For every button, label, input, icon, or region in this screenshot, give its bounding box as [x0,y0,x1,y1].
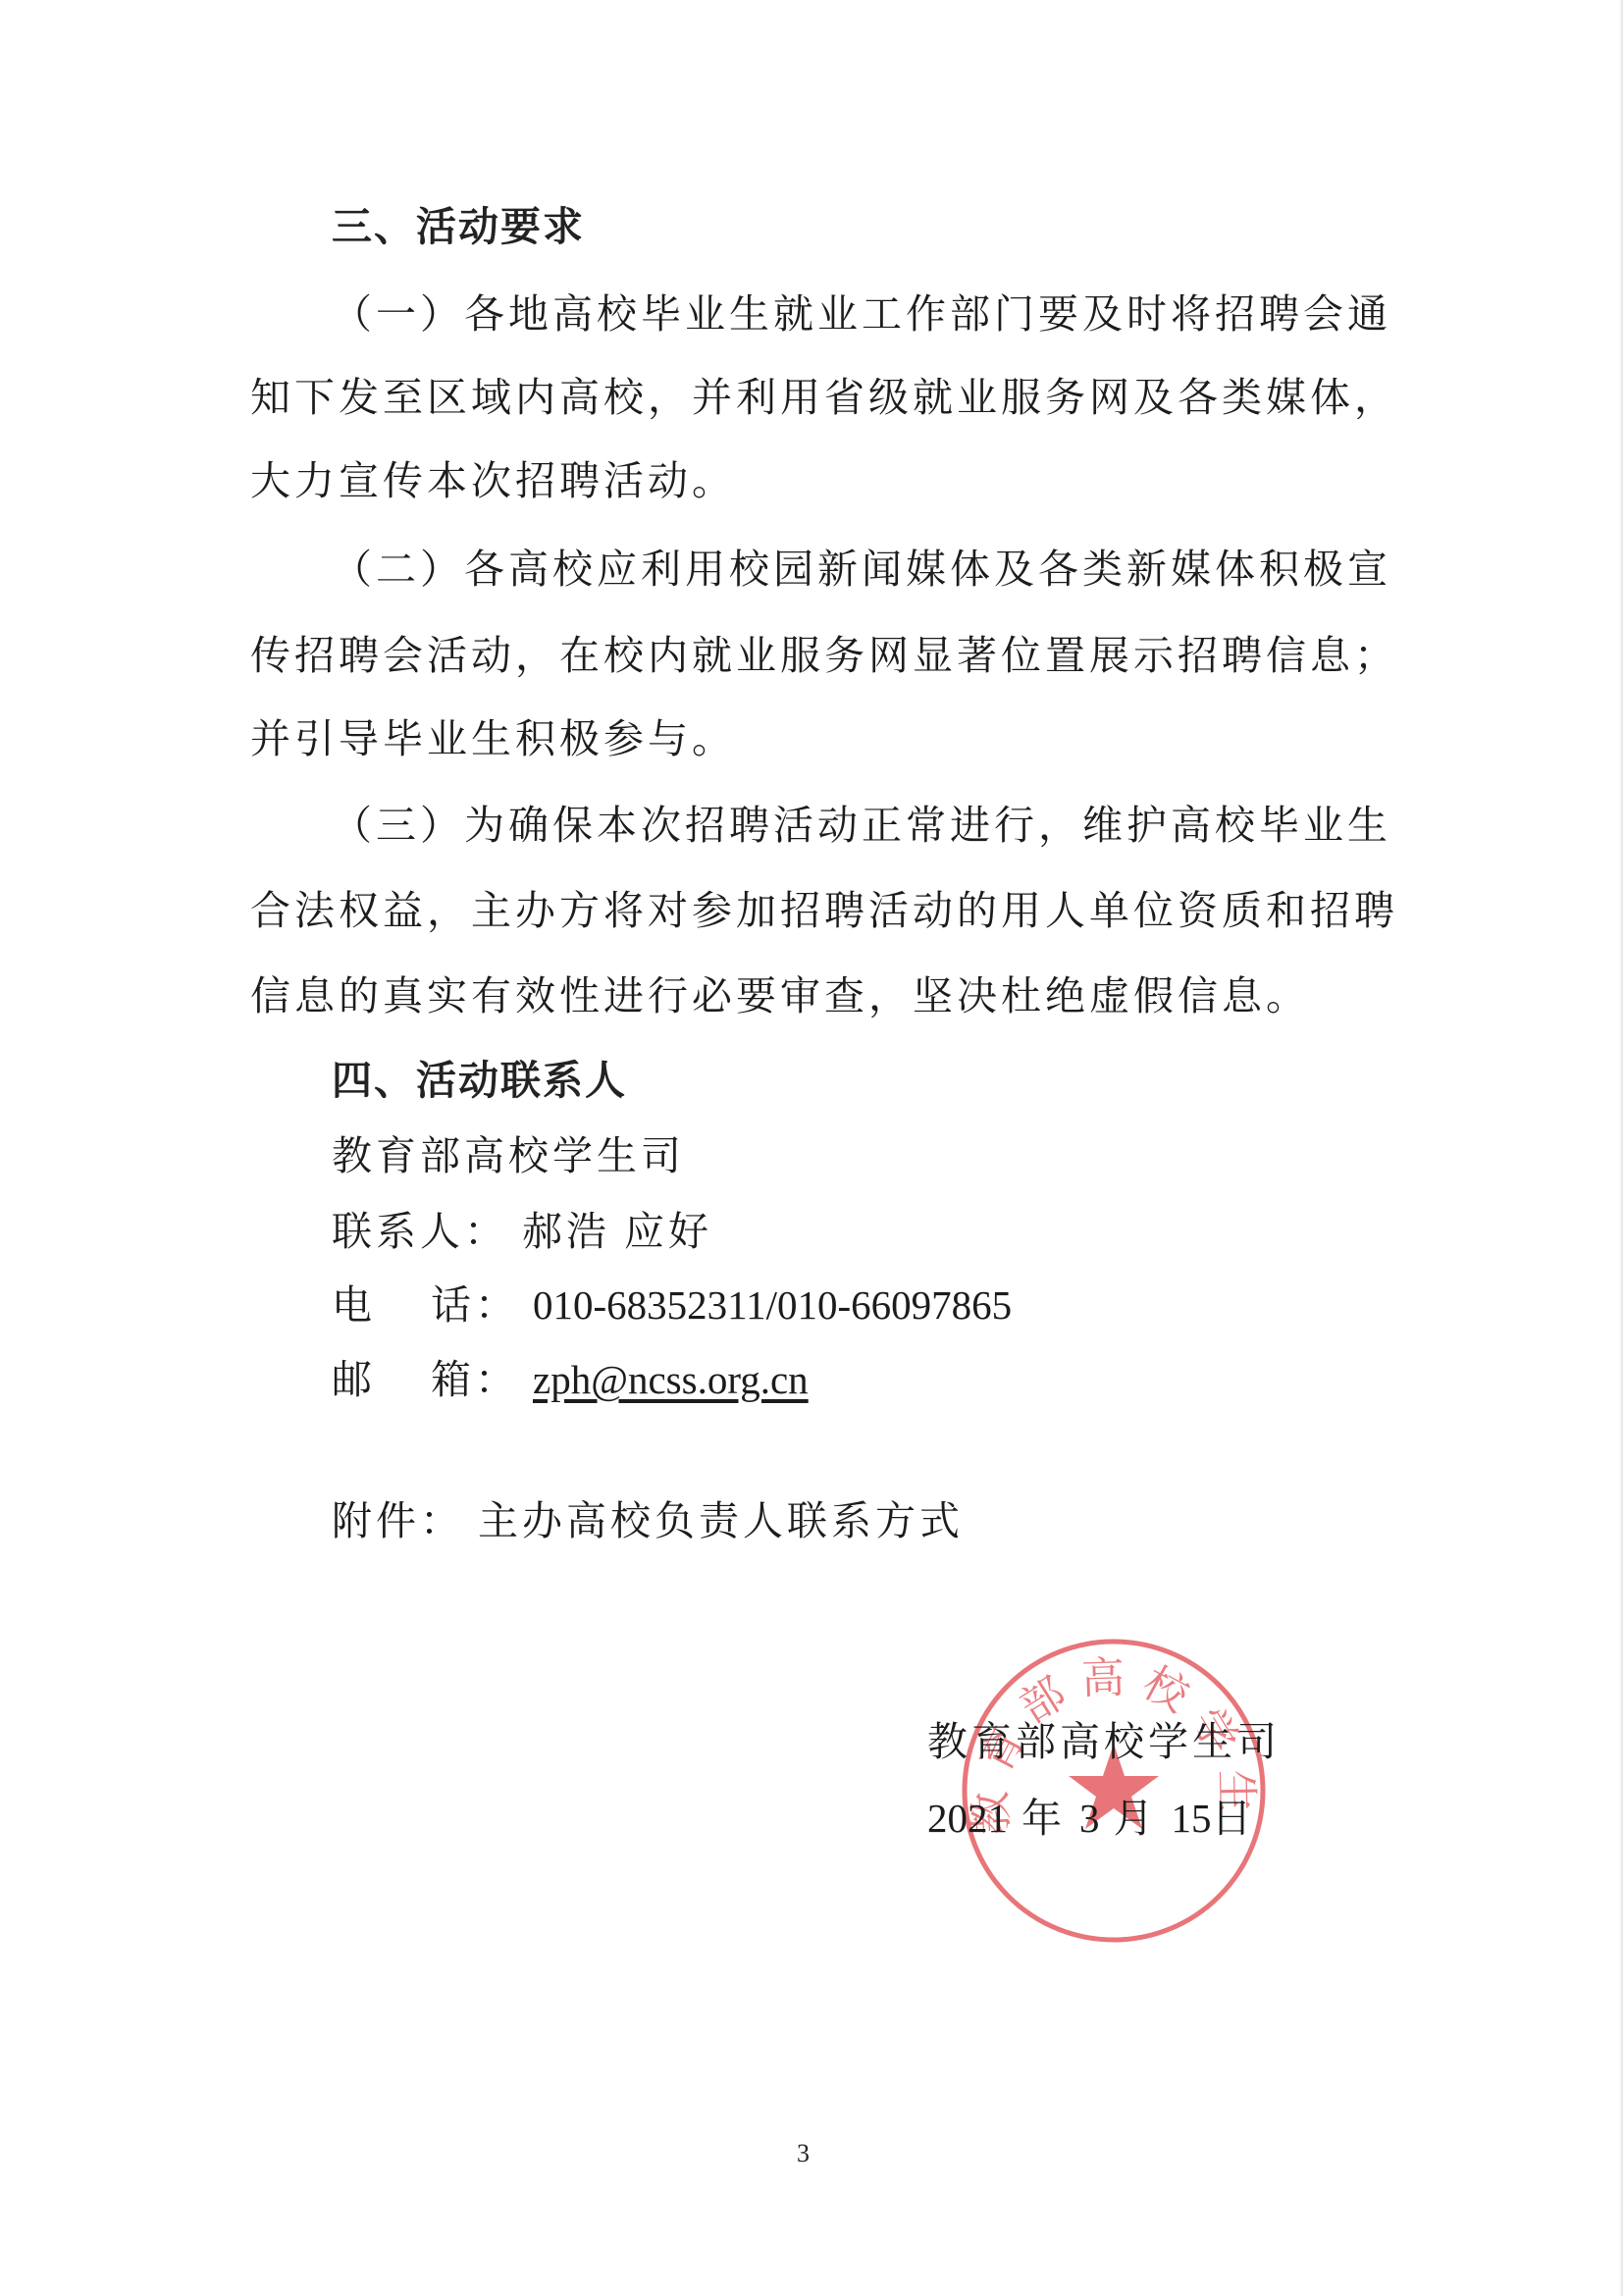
contact-label: 联系人： [332,1208,508,1255]
date-month-unit: 月 [1114,1795,1158,1842]
email-label: 邮 [332,1356,376,1403]
date-year-unit: 年 [1021,1795,1066,1842]
document-page: 三、活动要求 （一）各地高校毕业生就业工作部门要及时将招聘会通 知下发至区域内高… [0,0,1623,2296]
paragraph-line: （三）为确保本次招聘活动正常进行，维护高校毕业生 [332,798,1374,853]
date-day-unit: 日 [1212,1795,1256,1842]
phone-value: 010-68352311/010-66097865 [533,1282,1012,1328]
paragraph-line: （一）各地高校毕业生就业工作部门要及时将招聘会通 [332,287,1374,341]
date-year: 2021 [927,1796,1008,1841]
paragraph-line: 并引导毕业生积极参与。 [250,711,736,766]
date-month: 3 [1079,1796,1100,1841]
signature-organization: 教育部高校学生司 [927,1714,1281,1769]
contact-persons-row: 联系人：郝浩应好 [332,1204,712,1259]
phone-label: 话： [431,1281,519,1329]
contact-name: 应好 [624,1208,712,1255]
email-row: 邮箱：zph@ncss.org.cn [332,1352,809,1407]
paragraph-line: 传招聘会活动，在校内就业服务网显著位置展示招聘信息； [250,628,1374,683]
phone-label: 电 [332,1281,376,1329]
paragraph-line: 大力宣传本次招聘活动。 [250,453,736,508]
email-link[interactable]: zph@ncss.org.cn [533,1357,809,1402]
contact-name: 郝浩 [522,1208,610,1255]
attachment-label: 附件： [332,1497,464,1544]
section-heading-requirements: 三、活动要求 [332,199,585,254]
date-day: 15 [1172,1796,1212,1841]
attachment-row: 附件：主办高校负责人联系方式 [332,1493,964,1548]
paragraph-line: 知下发至区域内高校，并利用省级就业服务网及各类媒体， [250,370,1374,425]
paragraph-line: 信息的真实有效性进行必要审查，坚决杜绝虚假信息。 [250,968,1310,1023]
paragraph-line: （二）各高校应利用校园新闻媒体及各类新媒体积极宣 [332,542,1374,597]
phone-row: 电话：010-68352311/010-66097865 [332,1278,1012,1332]
page-number: 3 [797,2139,810,2168]
paragraph-line: 合法权益，主办方将对参加招聘活动的用人单位资质和招聘 [250,883,1374,938]
email-label: 箱： [431,1356,519,1403]
signature-date: 2021年3月15日 [927,1791,1256,1846]
contact-organization: 教育部高校学生司 [332,1128,685,1183]
section-heading-contacts: 四、活动联系人 [332,1053,627,1108]
attachment-value: 主办高校负责人联系方式 [478,1497,964,1544]
